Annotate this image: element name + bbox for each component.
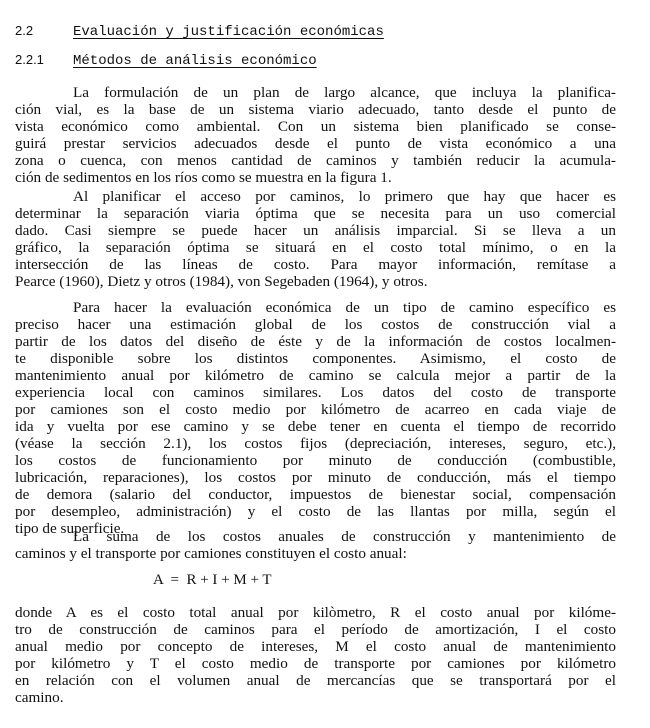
text-line: ida y vuelta por ese camino y se debe te… xyxy=(15,418,616,435)
text-line: anual medio por concepto de intereses, M… xyxy=(15,638,616,655)
text-line: ción de sedimentos en los ríos como se m… xyxy=(15,169,616,186)
section-title: Evaluación y justificación económicas xyxy=(73,24,384,40)
text-line: por kilómetro y T el costo medio de tran… xyxy=(15,655,616,672)
text-line: (véase la sección 2.1), los costos fijos… xyxy=(15,435,616,452)
section-heading-2-2: 2.2Evaluación y justificación económicas xyxy=(15,22,384,41)
text-line: donde A es el costo total anual por kilò… xyxy=(15,604,616,621)
text-line: caminos y el transporte por camiones con… xyxy=(15,545,616,562)
text-line: por camiones son el costo medio por kiló… xyxy=(15,401,616,418)
text-line: partir de los datos del diseño de éste y… xyxy=(15,333,616,350)
text-line: camino. xyxy=(15,689,616,706)
text-line: Al planificar el acceso por caminos, lo … xyxy=(15,188,616,205)
text-line: por desempleo, administración) y el cost… xyxy=(15,503,616,520)
section-title: Métodos de análisis económico xyxy=(73,53,317,69)
section-number: 2.2 xyxy=(15,22,73,39)
paragraph-1: La formulación de un plan de largo alcan… xyxy=(15,84,616,186)
text-line: Pearce (1960), Dietz y otros (1984), von… xyxy=(15,273,616,290)
text-line: dado. Casi siempre se puede hacer un aná… xyxy=(15,222,616,239)
section-heading-2-2-1: 2.2.1Métodos de análisis económico xyxy=(15,51,317,70)
text-line: guirá prestar servicios adecuados desde … xyxy=(15,135,616,152)
text-line: mantenimiento anual por kilómetro de cam… xyxy=(15,367,616,384)
text-line: determinar la separación viaria óptima q… xyxy=(15,205,616,222)
paragraph-5: donde A es el costo total anual por kilò… xyxy=(15,604,616,706)
text-line: Para hacer la evaluación económica de un… xyxy=(15,299,616,316)
text-line: gráfico, la separación óptima se situará… xyxy=(15,239,616,256)
text-line: La formulación de un plan de largo alcan… xyxy=(15,84,616,101)
paragraph-4: La suma de los costos anuales de constru… xyxy=(15,528,616,562)
text-line: preciso hacer una estimación global de l… xyxy=(15,316,616,333)
section-number: 2.2.1 xyxy=(15,51,73,68)
paragraph-3: Para hacer la evaluación económica de un… xyxy=(15,299,616,537)
text-line: en relación con el volumen anual de merc… xyxy=(15,672,616,689)
text-line: La suma de los costos anuales de constru… xyxy=(15,528,616,545)
text-line: de demora (salario del conductor, impues… xyxy=(15,486,616,503)
equation: A = R + I + M + T xyxy=(153,572,272,589)
text-line: los costos de funcionamiento por minuto … xyxy=(15,452,616,469)
text-line: lubricación, reparaciones), los costos p… xyxy=(15,469,616,486)
text-line: zona o cuenca, con menos cantidad de cam… xyxy=(15,152,616,169)
text-line: vista económico como ambiental. Con un s… xyxy=(15,118,616,135)
text-line: intersección de las líneas de costo. Par… xyxy=(15,256,616,273)
text-line: te disponible sobre los distintos compon… xyxy=(15,350,616,367)
text-line: ción vial, es la base de un sistema viar… xyxy=(15,101,616,118)
paragraph-2: Al planificar el acceso por caminos, lo … xyxy=(15,188,616,290)
text-line: experiencia local con caminos similares.… xyxy=(15,384,616,401)
text-line: tro de construcción de caminos para el p… xyxy=(15,621,616,638)
